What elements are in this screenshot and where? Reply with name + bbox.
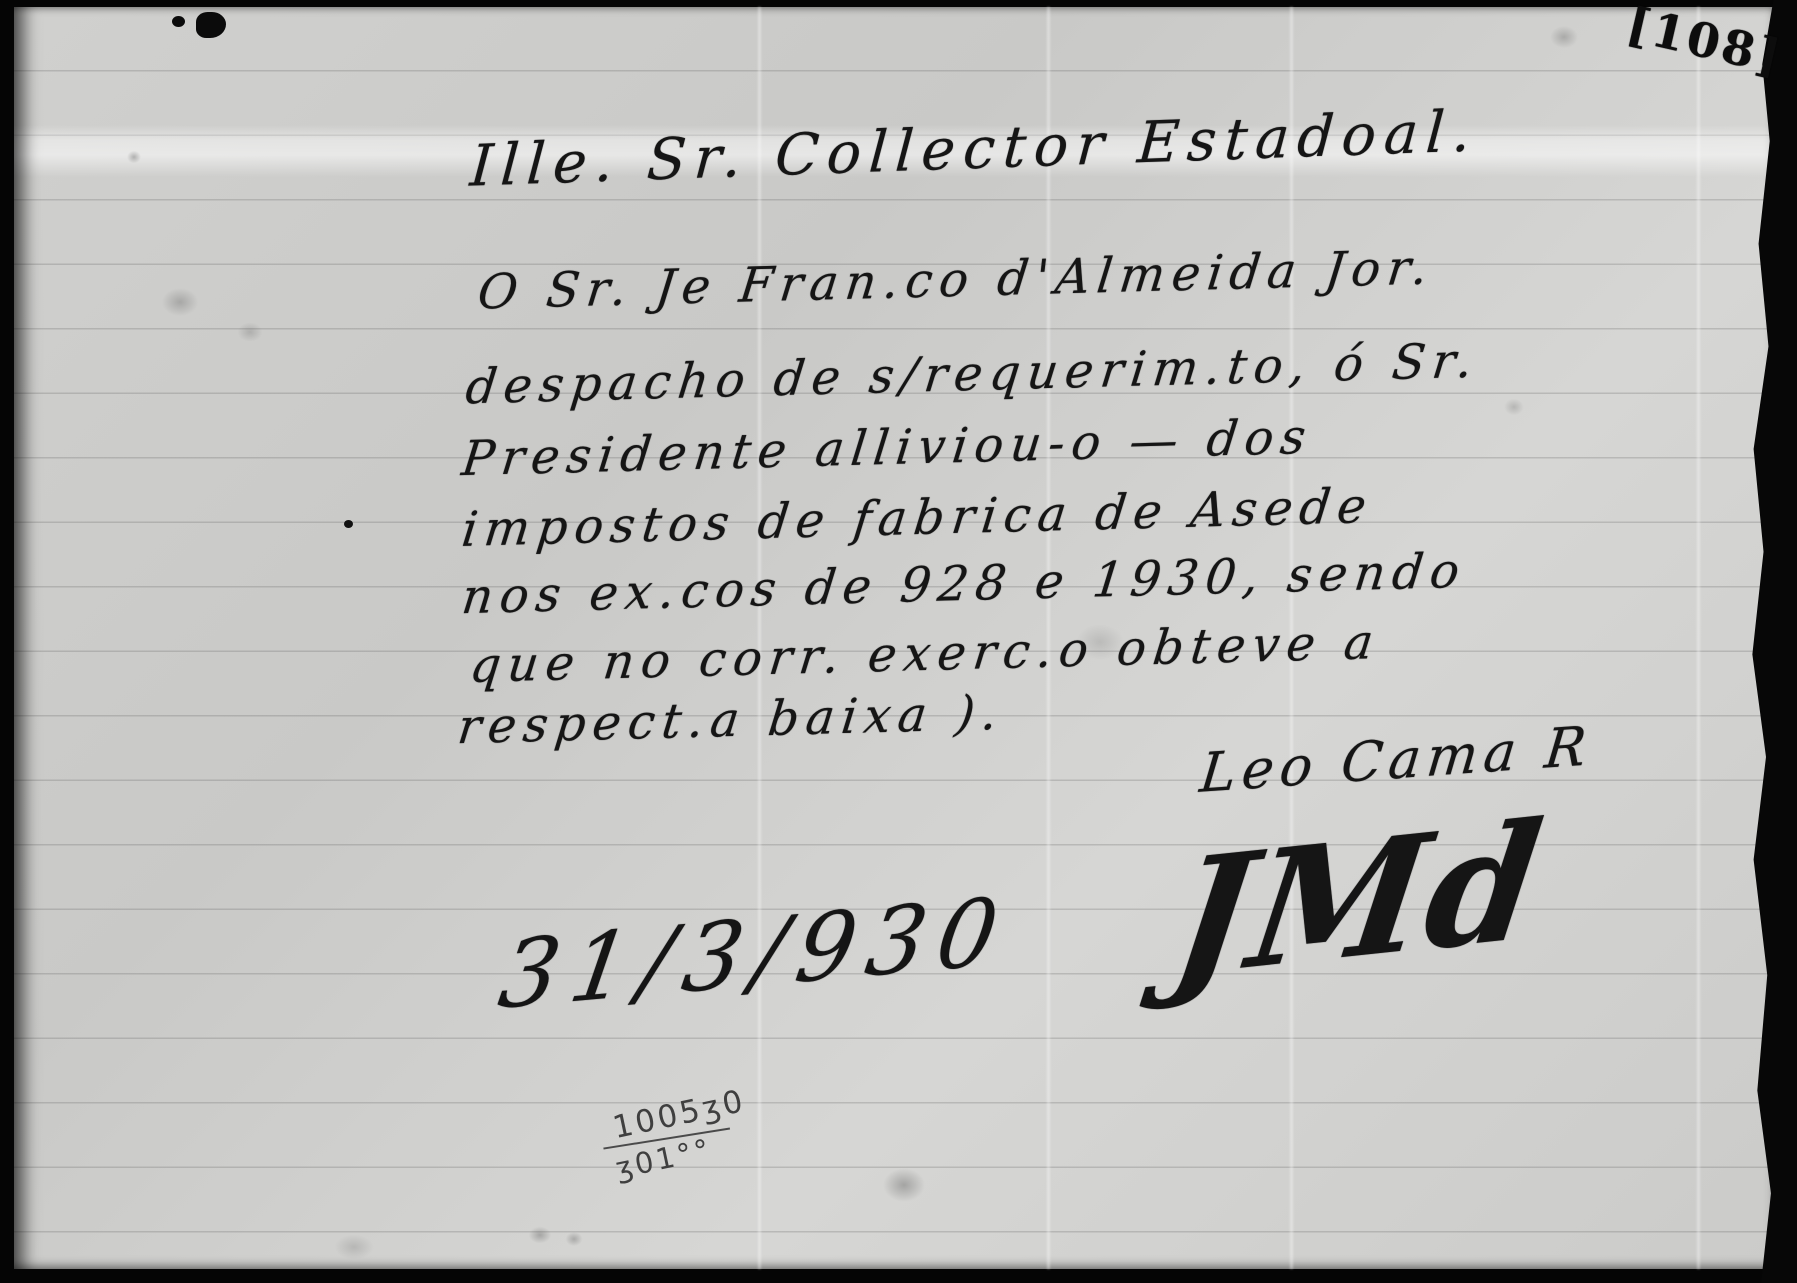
fold-crease [1697, 7, 1700, 1269]
scanned-letter-page: [108] Ille. Sr. Collector Estadoal. O Sr… [0, 0, 1797, 1283]
ink-dot [344, 520, 353, 528]
